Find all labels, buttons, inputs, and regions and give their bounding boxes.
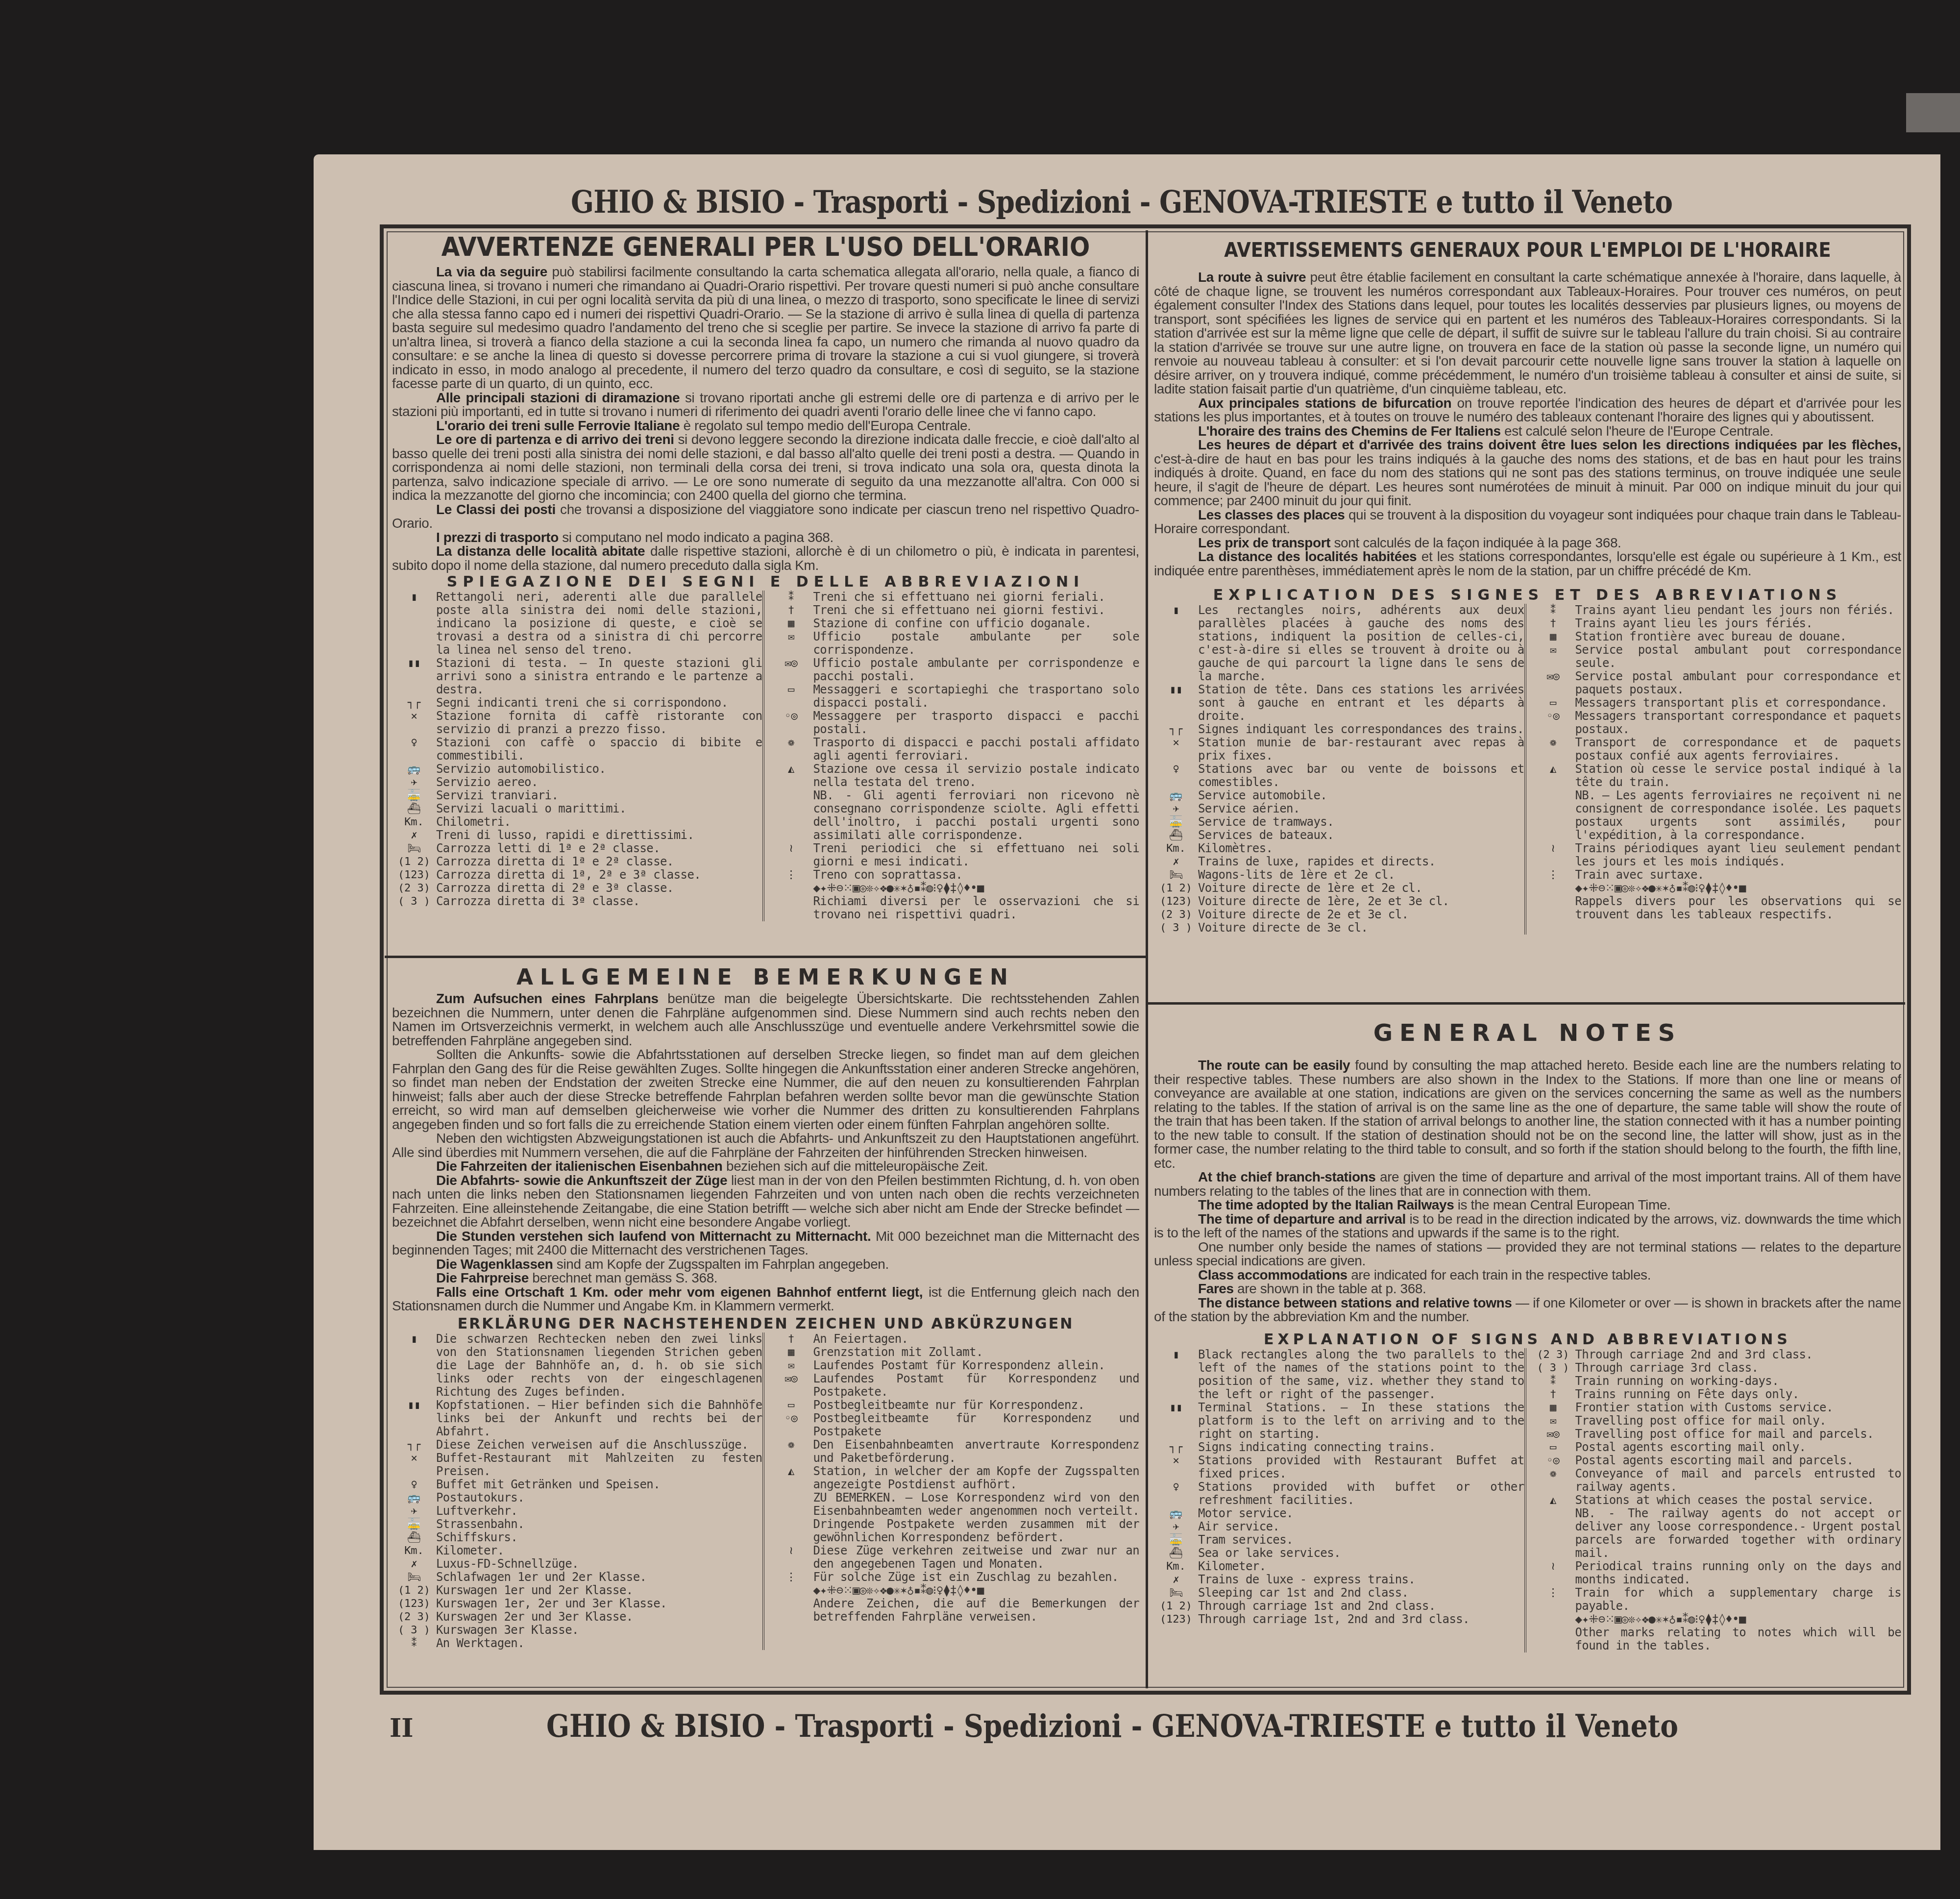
legend-symbol-icon: ✉: [1531, 643, 1575, 657]
english-title: GENERAL NOTES: [1154, 1019, 1901, 1047]
legend-description: Luftverkehr.: [436, 1504, 762, 1518]
legend-item: 🚌Servizio automobilistico.: [392, 763, 762, 776]
legend-symbol-icon: ⁑: [769, 591, 813, 604]
legend-symbol-icon: ⁑: [392, 1637, 436, 1650]
legend-description: Kopfstationen. — Hier befinden sich die …: [436, 1399, 762, 1438]
paragraph-lead: Le Classi dei posti: [436, 502, 556, 517]
legend-symbol-icon: Km.: [1154, 1560, 1198, 1573]
legend-description: Stazioni di testa. — In queste stazioni …: [436, 657, 762, 696]
legend-item: ┐┌Segni indicanti treni che si corrispon…: [392, 696, 762, 710]
legend-item: ✕Stations provided with Restaurant Buffe…: [1154, 1454, 1524, 1480]
legend-description: Treni che si effettuano nei giorni feria…: [813, 591, 1140, 604]
legend-item: ◦◎Messaggere per trasporto dispacci e pa…: [769, 710, 1140, 736]
paragraph: Les heures de départ et d'arrivée des tr…: [1154, 438, 1901, 508]
paragraph: Class accommodations are indicated for e…: [1154, 1268, 1901, 1282]
legend-description: Trains ayant lieu pendant les jours non …: [1575, 604, 1902, 617]
legend-item: ✉Service postal ambulant pout correspond…: [1531, 643, 1902, 670]
legend-item: ⁑Treni che si effettuano nei giorni feri…: [769, 591, 1140, 604]
legend-description: ◆✦⁜⊖⁙▣◎❊✧❖●✳✶♁▪⁑◍⁝♀⧫‡◊♦•■: [1575, 1613, 1902, 1626]
legend-description: Train avec surtaxe.: [1575, 868, 1902, 882]
legend-item: ZU BEMERKEN. — Lose Korrespondenz wird v…: [769, 1491, 1140, 1544]
paragraph-body: si computano nel modo indicato a pagina …: [559, 530, 833, 545]
legend-item: ┐┌Diese Zeichen verweisen auf die Anschl…: [392, 1438, 762, 1452]
legend-description: ◆✦⁜⊖⁙▣◎❊✧❖●✳✶♁▪⁑◍⁝♀⧫‡◊♦•■: [813, 1584, 1140, 1597]
legend-symbol-icon: ✉: [769, 630, 813, 643]
paragraph: Zum Aufsuchen eines Fahrplans benütze ma…: [392, 992, 1139, 1048]
legend-symbol-icon: ◭: [1531, 763, 1575, 776]
legend-description: ZU BEMERKEN. — Lose Korrespondenz wird v…: [813, 1491, 1140, 1544]
paragraph-lead: I prezzi di trasporto: [436, 530, 559, 545]
legend-description: Diese Züge verkehren zeitweise und zwar …: [813, 1544, 1140, 1571]
legend-symbol-icon: ( 3 ): [1531, 1361, 1575, 1375]
legend-symbol-icon: ≀: [1531, 842, 1575, 855]
legend-symbol-icon: ▮▮: [1154, 683, 1198, 696]
legend-item: †Trains ayant lieu les jours fériés.: [1531, 617, 1902, 630]
italian-legend-title: SPIEGAZIONE DEI SEGNI E DELLE ABBREVIAZI…: [392, 573, 1139, 591]
legend-item: ◭Stations at which ceases the postal ser…: [1531, 1494, 1902, 1507]
legend-symbol-icon: ⋮: [1531, 1586, 1575, 1600]
legend-description: Conveyance of mail and parcels entrusted…: [1575, 1467, 1902, 1494]
paragraph: Aux principales stations de bifurcation …: [1154, 396, 1901, 424]
legend-symbol-icon: †: [769, 1332, 813, 1346]
legend-description: Periodical trains running only on the da…: [1575, 1560, 1902, 1586]
legend-item: ◆✦⁜⊖⁙▣◎❊✧❖●✳✶♁▪⁑◍⁝♀⧫‡◊♦•■: [769, 1584, 1140, 1597]
legend-description: Carrozza diretta di 3ª classe.: [436, 895, 762, 908]
legend-item: ┐┌Signs indicating connecting trains.: [1154, 1441, 1524, 1454]
paragraph: La distance des localités habitées et le…: [1154, 550, 1901, 578]
italian-legend-left: ▮Rettangoli neri, aderenti alle due para…: [392, 591, 762, 921]
legend-item: ▮Les rectangles noirs, adhérents aux deu…: [1154, 604, 1524, 683]
legend-symbol-icon: ▮▮: [392, 1399, 436, 1412]
legend-symbol-icon: ⛴: [392, 802, 436, 815]
legend-description: Kilometer.: [436, 1544, 762, 1557]
paragraph-lead: Les classes des places: [1198, 507, 1345, 522]
legend-symbol-icon: ⋮: [769, 868, 813, 882]
paragraph: Les classes des places qui se trouvent à…: [1154, 508, 1901, 536]
legend-item: Andere Zeichen, die auf die Bemerkungen …: [769, 1597, 1140, 1624]
paragraph-lead: Die Wagenklassen: [436, 1257, 553, 1272]
legend-symbol-icon: ┐┌: [1154, 723, 1198, 736]
paragraph-body: c'est-à-dire de haut en bas pour les tra…: [1154, 451, 1901, 509]
legend-description: Laufendes Postamt für Korrespondenz und …: [813, 1372, 1140, 1399]
legend-item: Other marks relating to notes which will…: [1531, 1626, 1902, 1652]
legend-symbol-icon: (123): [1154, 1613, 1198, 1626]
legend-symbol-icon: ▮: [1154, 604, 1198, 617]
legend-item: ◦◎Postal agents escorting mail and parce…: [1531, 1454, 1902, 1467]
german-legend: ▮Die schwarzen Rechtecken neben den zwei…: [392, 1332, 1139, 1650]
paragraph-lead: Die Fahrzeiten der italienischen Eisenba…: [436, 1159, 723, 1174]
legend-item: ✕Stazione fornita di caffè ristorante co…: [392, 710, 762, 736]
legend-item: ▦Station frontière avec bureau de douane…: [1531, 630, 1902, 643]
legend-symbol-icon: ⁑: [1531, 1375, 1575, 1388]
legend-item: ◭Station, in welcher der am Kopfe der Zu…: [769, 1465, 1140, 1491]
legend-symbol-icon: ┐┌: [1154, 1441, 1198, 1454]
paragraph: Fares are shown in the table at p. 368.: [1154, 1282, 1901, 1296]
legend-item: ▮Black rectangles along the two parallel…: [1154, 1348, 1524, 1401]
legend-description: Messaggeri e scortapieghi che trasportan…: [813, 683, 1140, 710]
legend-symbol-icon: ◭: [769, 1465, 813, 1478]
legend-description: Air service.: [1198, 1520, 1524, 1533]
legend-item: (123)Kurswagen 1er, 2er und 3er Klasse.: [392, 1597, 762, 1610]
legend-item: 🛏Schlafwagen 1er und 2er Klasse.: [392, 1571, 762, 1584]
legend-item: ⁑An Werktagen.: [392, 1637, 762, 1650]
legend-symbol-icon: 🚌: [392, 1491, 436, 1504]
french-paragraphs: La route à suivre peut être établie faci…: [1154, 271, 1901, 578]
legend-description: Messagers transportant correspondance et…: [1575, 710, 1902, 736]
legend-symbol-icon: ▦: [1531, 630, 1575, 643]
legend-symbol-icon: ✗: [392, 829, 436, 842]
paragraph-lead: Le ore di partenza e di arrivo dei treni: [436, 432, 674, 447]
paragraph: Alle principali stazioni di diramazione …: [392, 391, 1139, 419]
legend-symbol-icon: ✗: [1154, 855, 1198, 868]
legend-symbol-icon: ✉: [769, 1359, 813, 1372]
french-legend-right: ⁑Trains ayant lieu pendant les jours non…: [1524, 604, 1902, 935]
legend-item: ▮Rettangoli neri, aderenti alle due para…: [392, 591, 762, 657]
legend-item: ✉Ufficio postale ambulante per sole corr…: [769, 630, 1140, 657]
legend-item: ≀Diese Züge verkehren zeitweise und zwar…: [769, 1544, 1140, 1571]
legend-item: ◆✦⁜⊖⁙▣◎❊✧❖●✳✶♁▪⁑◍⁝♀⧫‡◊♦•■: [1531, 882, 1902, 895]
legend-item: ✉◎Travelling post office for mail and pa…: [1531, 1428, 1902, 1441]
legend-symbol-icon: ✗: [392, 1557, 436, 1571]
legend-symbol-icon: ≀: [769, 842, 813, 855]
english-legend-right: (2 3)Through carriage 2nd and 3rd class.…: [1524, 1348, 1902, 1652]
legend-item: ▭Messagers transportant plis et correspo…: [1531, 696, 1902, 710]
legend-item: 🚌Service automobile.: [1154, 789, 1524, 802]
legend-description: Through carriage 1st and 2nd class.: [1198, 1600, 1524, 1613]
legend-description: ◆✦⁜⊖⁙▣◎❊✧❖●✳✶♁▪⁑◍⁝♀⧫‡◊♦•■: [813, 882, 1140, 895]
legend-item: ◭Station où cesse le service postal indi…: [1531, 763, 1902, 789]
legend-item: ▦Grenzstation mit Zollamt.: [769, 1346, 1140, 1359]
legend-symbol-icon: ✕: [1154, 1454, 1198, 1467]
legend-item: ✗Trains de luxe, rapides et directs.: [1154, 855, 1524, 868]
paragraph: Les prix de transport sont calculés de l…: [1154, 536, 1901, 550]
legend-symbol-icon: ✕: [392, 1452, 436, 1465]
legend-description: Transport de correspondance et de paquet…: [1575, 736, 1902, 763]
legend-description: Stations provided with Restaurant Buffet…: [1198, 1454, 1524, 1480]
legend-item: ✗Trains de luxe - express trains.: [1154, 1573, 1524, 1586]
legend-description: Postbegleitbeamte für Korrespondenz und …: [813, 1412, 1140, 1438]
french-legend: ▮Les rectangles noirs, adhérents aux deu…: [1154, 604, 1901, 935]
legend-item: ✕Buffet-Restaurant mit Mahlzeiten zu fes…: [392, 1452, 762, 1478]
paragraph: The distance between stations and relati…: [1154, 1296, 1901, 1324]
paragraph-body: Sollten die Ankunfts- sowie die Abfahrts…: [392, 1047, 1139, 1132]
legend-description: Carrozza diretta di 2ª e 3ª classe.: [436, 882, 762, 895]
legend-symbol-icon: ( 3 ): [1154, 921, 1198, 935]
legend-item: ▮▮Terminal Stations. — In these stations…: [1154, 1401, 1524, 1441]
legend-description: Postbegleitbeamte nur für Korrespondenz.: [813, 1399, 1140, 1412]
legend-symbol-icon: ▮▮: [392, 657, 436, 670]
page-header: GHIO & BISIO - Trasporti - Spedizioni - …: [571, 184, 1672, 221]
legend-symbol-icon: ❁: [769, 1438, 813, 1452]
german-title: ALLGEMEINE BEMERKUNGEN: [392, 965, 1139, 990]
paragraph: The route can be easily found by consult…: [1154, 1059, 1901, 1170]
legend-item: Km.Kilometer.: [392, 1544, 762, 1557]
legend-description: Service postal ambulant pour corresponda…: [1575, 670, 1902, 696]
legend-description: Trains running on Fête days only.: [1575, 1388, 1902, 1401]
legend-item: NB. - Gli agenti ferroviari non ricevono…: [769, 789, 1140, 842]
legend-description: Wagons-lits de 1ère et 2e cl.: [1198, 868, 1524, 882]
legend-description: Treni periodici che si effettuano nei so…: [813, 842, 1140, 868]
legend-description: Travelling post office for mail and parc…: [1575, 1428, 1902, 1441]
paragraph-lead: Die Fahrpreise: [436, 1270, 529, 1285]
legend-symbol-icon: ✕: [1154, 736, 1198, 749]
legend-description: Signs indicating connecting trains.: [1198, 1441, 1524, 1454]
legend-symbol-icon: ◦◎: [769, 710, 813, 723]
legend-description: Servizio automobilistico.: [436, 763, 762, 776]
legend-description: Messagers transportant plis et correspon…: [1575, 696, 1902, 710]
legend-item: (123)Voiture directe de 1ère, 2e et 3e c…: [1154, 895, 1524, 908]
legend-description: Through carriage 3rd class.: [1575, 1361, 1902, 1375]
french-english-divider: [1148, 1002, 1905, 1005]
legend-symbol-icon: ◭: [1531, 1494, 1575, 1507]
legend-item: ▦Frontier station with Customs service.: [1531, 1401, 1902, 1414]
paragraph-body: One number only beside the names of stat…: [1154, 1239, 1901, 1269]
legend-description: Through carriage 2nd and 3rd class.: [1575, 1348, 1902, 1361]
legend-item: ⛴Services de bateaux.: [1154, 829, 1524, 842]
legend-description: Through carriage 1st, 2nd and 3rd class.: [1198, 1613, 1524, 1626]
paragraph-lead: La distance des localités habitées: [1198, 549, 1417, 564]
legend-item: 🚌Postautokurs.: [392, 1491, 762, 1504]
legend-description: An Feiertagen.: [813, 1332, 1140, 1346]
legend-item: ❁Den Eisenbahnbeamten anvertraute Korres…: [769, 1438, 1140, 1465]
legend-symbol-icon: ▮: [392, 1332, 436, 1346]
legend-symbol-icon: ▭: [1531, 1441, 1575, 1454]
legend-description: Terminal Stations. — In these stations t…: [1198, 1401, 1524, 1441]
legend-item: Km.Kilomètres.: [1154, 842, 1524, 855]
legend-description: Treno con soprattassa.: [813, 868, 1140, 882]
paragraph-lead: L'horaire des trains des Chemins de Fer …: [1198, 423, 1501, 439]
paragraph-lead: The time of departure and arrival: [1198, 1211, 1406, 1227]
legend-description: ◆✦⁜⊖⁙▣◎❊✧❖●✳✶♁▪⁑◍⁝♀⧫‡◊♦•■: [1575, 882, 1902, 895]
italian-german-divider: [385, 956, 1147, 958]
legend-item: ❁Trasporto di dispacci e pacchi postali …: [769, 736, 1140, 763]
legend-description: Strassenbahn.: [436, 1518, 762, 1531]
legend-description: Services de bateaux.: [1198, 829, 1524, 842]
legend-item: ◆✦⁜⊖⁙▣◎❊✧❖●✳✶♁▪⁑◍⁝♀⧫‡◊♦•■: [1531, 1613, 1902, 1626]
legend-description: Diese Zeichen verweisen auf die Anschlus…: [436, 1438, 762, 1452]
legend-item: ✈Air service.: [1154, 1520, 1524, 1533]
paragraph: Le ore di partenza e di arrivo dei treni…: [392, 433, 1139, 503]
paragraph: Die Abfahrts- sowie die Ankunftszeit der…: [392, 1174, 1139, 1230]
legend-item: ⋮Für solche Züge ist ein Zuschlag zu bez…: [769, 1571, 1140, 1584]
legend-symbol-icon: ( 3 ): [392, 895, 436, 908]
legend-symbol-icon: ⋮: [769, 1571, 813, 1584]
legend-item: 🚋Servizi tranviari.: [392, 789, 762, 802]
paragraph: La distanza delle località abitate dalle…: [392, 544, 1139, 572]
legend-symbol-icon: ✉◎: [769, 1372, 813, 1385]
german-section: ALLGEMEINE BEMERKUNGEN Zum Aufsuchen ein…: [392, 963, 1139, 1688]
legend-symbol-icon: ▭: [1531, 696, 1575, 710]
legend-item: †Trains running on Fête days only.: [1531, 1388, 1902, 1401]
legend-symbol-icon: ✉◎: [1531, 670, 1575, 683]
legend-item: ✈Servizio aereo.: [392, 776, 762, 789]
legend-item: ♀Stazioni con caffè o spaccio di bibite …: [392, 736, 762, 763]
legend-description: Kilomètres.: [1198, 842, 1524, 855]
legend-description: Voiture directe de 1ère, 2e et 3e cl.: [1198, 895, 1524, 908]
legend-symbol-icon: ┐┌: [392, 696, 436, 710]
legend-item: ◦◎Postbegleitbeamte für Korrespondenz un…: [769, 1412, 1140, 1438]
english-legend-title: EXPLANATION OF SIGNS AND ABBREVIATIONS: [1154, 1331, 1901, 1348]
legend-symbol-icon: 🛏: [1154, 1586, 1198, 1600]
legend-description: Schiffskurs.: [436, 1531, 762, 1544]
legend-symbol-icon: ▦: [769, 1346, 813, 1359]
legend-description: Schlafwagen 1er und 2er Klasse.: [436, 1571, 762, 1584]
legend-symbol-icon: ❁: [1531, 736, 1575, 749]
legend-item: ✈Luftverkehr.: [392, 1504, 762, 1518]
legend-item: ≀Trains périodiques ayant lieu seulement…: [1531, 842, 1902, 868]
legend-description: Kurswagen 2er und 3er Klasse.: [436, 1610, 762, 1624]
paragraph-lead: Alle principali stazioni di diramazione: [436, 390, 680, 405]
legend-symbol-icon: ✈: [1154, 1520, 1198, 1533]
legend-symbol-icon: 🚌: [1154, 789, 1198, 802]
legend-description: Laufendes Postamt für Korrespondenz alle…: [813, 1359, 1140, 1372]
legend-symbol-icon: 🚋: [1154, 815, 1198, 829]
legend-item: ▭Postbegleitbeamte nur für Korrespondenz…: [769, 1399, 1140, 1412]
legend-symbol-icon: 🚋: [1154, 1533, 1198, 1547]
legend-item: NB. — Les agents ferroviaires ne reçoive…: [1531, 789, 1902, 842]
legend-symbol-icon: ▮▮: [1154, 1401, 1198, 1414]
legend-symbol-icon: ✉◎: [1531, 1428, 1575, 1441]
legend-symbol-icon: ▭: [769, 683, 813, 696]
legend-item: 🚋Strassenbahn.: [392, 1518, 762, 1531]
legend-item: ( 3 )Kurswagen 3er Klasse.: [392, 1624, 762, 1637]
french-section: AVERTISSEMENTS GENERAUX POUR L'EMPLOI DE…: [1154, 230, 1901, 1000]
legend-description: Motor service.: [1198, 1507, 1524, 1520]
legend-symbol-icon: ▦: [769, 617, 813, 630]
legend-description: Ufficio postale ambulante per corrispond…: [813, 657, 1140, 683]
legend-symbol-icon: ⁑: [1531, 604, 1575, 617]
legend-description: NB. - Gli agenti ferroviari non ricevono…: [813, 789, 1140, 842]
legend-item: ( 3 )Voiture directe de 3e cl.: [1154, 921, 1524, 935]
legend-symbol-icon: Km.: [1154, 842, 1198, 855]
legend-symbol-icon: ♀: [1154, 1480, 1198, 1494]
legend-item: ♀Stations avec bar ou vente de boissons …: [1154, 763, 1524, 789]
legend-description: Buffet mit Getränken und Speisen.: [436, 1478, 762, 1491]
legend-symbol-icon: ▭: [769, 1399, 813, 1412]
legend-symbol-icon: (123): [1154, 895, 1198, 908]
legend-description: Rettangoli neri, aderenti alle due paral…: [436, 591, 762, 657]
paragraph-lead: The distance between stations and relati…: [1198, 1295, 1512, 1310]
legend-item: (123)Carrozza diretta di 1ª, 2ª e 3ª cla…: [392, 868, 762, 882]
legend-description: Trains de luxe, rapides et directs.: [1198, 855, 1524, 868]
legend-symbol-icon: 🛏: [1154, 868, 1198, 882]
legend-description: Service aérien.: [1198, 802, 1524, 815]
legend-description: Voiture directe de 2e et 3e cl.: [1198, 908, 1524, 921]
legend-description: Service postal ambulant pout corresponda…: [1575, 643, 1902, 670]
legend-symbol-icon: ◦◎: [769, 1412, 813, 1425]
legend-description: Treni di lusso, rapidi e direttissimi.: [436, 829, 762, 842]
paragraph-body: peut être établie facilement en consulta…: [1154, 270, 1901, 396]
legend-description: Trains ayant lieu les jours fériés.: [1575, 617, 1902, 630]
legend-description: Stations provided with buffet or other r…: [1198, 1480, 1524, 1507]
legend-item: 🚋Tram services.: [1154, 1533, 1524, 1547]
paragraph: L'orario dei treni sulle Ferrovie Italia…: [392, 419, 1139, 433]
legend-item: ▭Messaggeri e scortapieghi che trasporta…: [769, 683, 1140, 710]
legend-item: Km.Chilometri.: [392, 815, 762, 829]
legend-item: ⁑Train running on working-days.: [1531, 1375, 1902, 1388]
legend-description: Trains périodiques ayant lieu seulement …: [1575, 842, 1902, 868]
legend-item: ✗Treni di lusso, rapidi e direttissimi.: [392, 829, 762, 842]
legend-description: Carrozza diretta di 1ª, 2ª e 3ª classe.: [436, 868, 762, 882]
legend-description: Luxus-FD-Schnellzüge.: [436, 1557, 762, 1571]
legend-symbol-icon: (2 3): [1531, 1348, 1575, 1361]
legend-item: ✉◎Ufficio postale ambulante per corrispo…: [769, 657, 1140, 683]
legend-symbol-icon: ♀: [1154, 763, 1198, 776]
paragraph-lead: Die Stunden verstehen sich laufend von M…: [436, 1229, 871, 1244]
paragraph: Neben den wichtigsten Abzweigungstatione…: [392, 1132, 1139, 1159]
paragraph-body: is the mean Central European Time.: [1454, 1197, 1670, 1212]
legend-description: Black rectangles along the two parallels…: [1198, 1348, 1524, 1401]
paragraph-lead: At the chief branch-stations: [1198, 1169, 1376, 1184]
legend-symbol-icon: 🚋: [392, 1518, 436, 1531]
legend-item: ⋮Treno con soprattassa.: [769, 868, 1140, 882]
legend-description: Station de tête. Dans ces stations les a…: [1198, 683, 1524, 723]
legend-symbol-icon: ≀: [1531, 1560, 1575, 1573]
paragraph: Die Fahrpreise berechnet man gemäss S. 3…: [392, 1271, 1139, 1285]
legend-item: ( 3 )Through carriage 3rd class.: [1531, 1361, 1902, 1375]
legend-item: 🚋Service de tramways.: [1154, 815, 1524, 829]
legend-description: Servizi lacuali o marittimi.: [436, 802, 762, 815]
legend-description: Stations at which ceases the postal serv…: [1575, 1494, 1902, 1507]
legend-symbol-icon: †: [1531, 617, 1575, 630]
legend-item: ( 3 )Carrozza diretta di 3ª classe.: [392, 895, 762, 908]
english-legend-left: ▮Black rectangles along the two parallel…: [1154, 1348, 1524, 1652]
legend-description: Stazione ove cessa il servizio postale i…: [813, 763, 1140, 789]
paragraph: The time of departure and arrival is to …: [1154, 1212, 1901, 1240]
legend-item: ⛴Sea or lake services.: [1154, 1547, 1524, 1560]
legend-item: (2 3)Carrozza diretta di 2ª e 3ª classe.: [392, 882, 762, 895]
legend-item: ✉◎Laufendes Postamt für Korrespondenz un…: [769, 1372, 1140, 1399]
legend-description: Trains de luxe - express trains.: [1198, 1573, 1524, 1586]
paragraph: At the chief branch-stations are given t…: [1154, 1170, 1901, 1198]
paragraph-lead: La route à suivre: [1198, 270, 1306, 285]
legend-description: Ufficio postale ambulante per sole corri…: [813, 630, 1140, 657]
legend-description: NB. — Les agents ferroviaires ne reçoive…: [1575, 789, 1902, 842]
legend-description: Voiture directe de 3e cl.: [1198, 921, 1524, 935]
legend-description: Treni che si effettuano nei giorni festi…: [813, 604, 1140, 617]
legend-description: Frontier station with Customs service.: [1575, 1401, 1902, 1414]
legend-symbol-icon: ✈: [392, 1504, 436, 1518]
french-legend-title: EXPLICATION DES SIGNES ET DES ABREVIATIO…: [1154, 587, 1901, 604]
legend-item: ⛴Servizi lacuali o marittimi.: [392, 802, 762, 815]
legend-item: ≀Treni periodici che si effettuano nei s…: [769, 842, 1140, 868]
legend-symbol-icon: ◦◎: [1531, 710, 1575, 723]
legend-item: 🚌Motor service.: [1154, 1507, 1524, 1520]
legend-symbol-icon: (1 2): [1154, 882, 1198, 895]
legend-symbol-icon: ◦◎: [1531, 1454, 1575, 1467]
paragraph-body: sont calculés de la façon indiquée à la …: [1330, 535, 1621, 550]
legend-symbol-icon: ❁: [1531, 1467, 1575, 1480]
paragraph-body: può stabilirsi facilmente consultando la…: [392, 264, 1139, 391]
legend-item: †Treni che si effettuano nei giorni fest…: [769, 604, 1140, 617]
paragraph-lead: Falls eine Ortschaft 1 Km. oder mehr vom…: [436, 1284, 923, 1300]
legend-description: Postautokurs.: [436, 1491, 762, 1504]
paragraph-body: sind am Kopfe der Zugsspalten im Fahrpla…: [553, 1257, 888, 1272]
italian-title: AVVERTENZE GENERALI PER L'USO DELL'ORARI…: [429, 231, 1102, 262]
legend-item: ▮Die schwarzen Rechtecken neben den zwei…: [392, 1332, 762, 1399]
english-paragraphs: The route can be easily found by consult…: [1154, 1059, 1901, 1324]
legend-symbol-icon: 🛏: [392, 842, 436, 855]
paragraph-lead: Les heures de départ et d'arrivée des tr…: [1198, 437, 1901, 452]
legend-symbol-icon: ┐┌: [392, 1438, 436, 1452]
italian-section: AVVERTENZE GENERALI PER L'USO DELL'ORARI…: [392, 230, 1139, 953]
legend-symbol-icon: ( 3 ): [392, 1624, 436, 1637]
paragraph-lead: The time adopted by the Italian Railways: [1198, 1197, 1454, 1212]
paragraph-body: Neben den wichtigsten Abzweigungstatione…: [392, 1131, 1139, 1160]
legend-symbol-icon: ≀: [769, 1544, 813, 1557]
legend-item: ✉Laufendes Postamt für Korrespondenz all…: [769, 1359, 1140, 1372]
legend-item: ♀Buffet mit Getränken und Speisen.: [392, 1478, 762, 1491]
